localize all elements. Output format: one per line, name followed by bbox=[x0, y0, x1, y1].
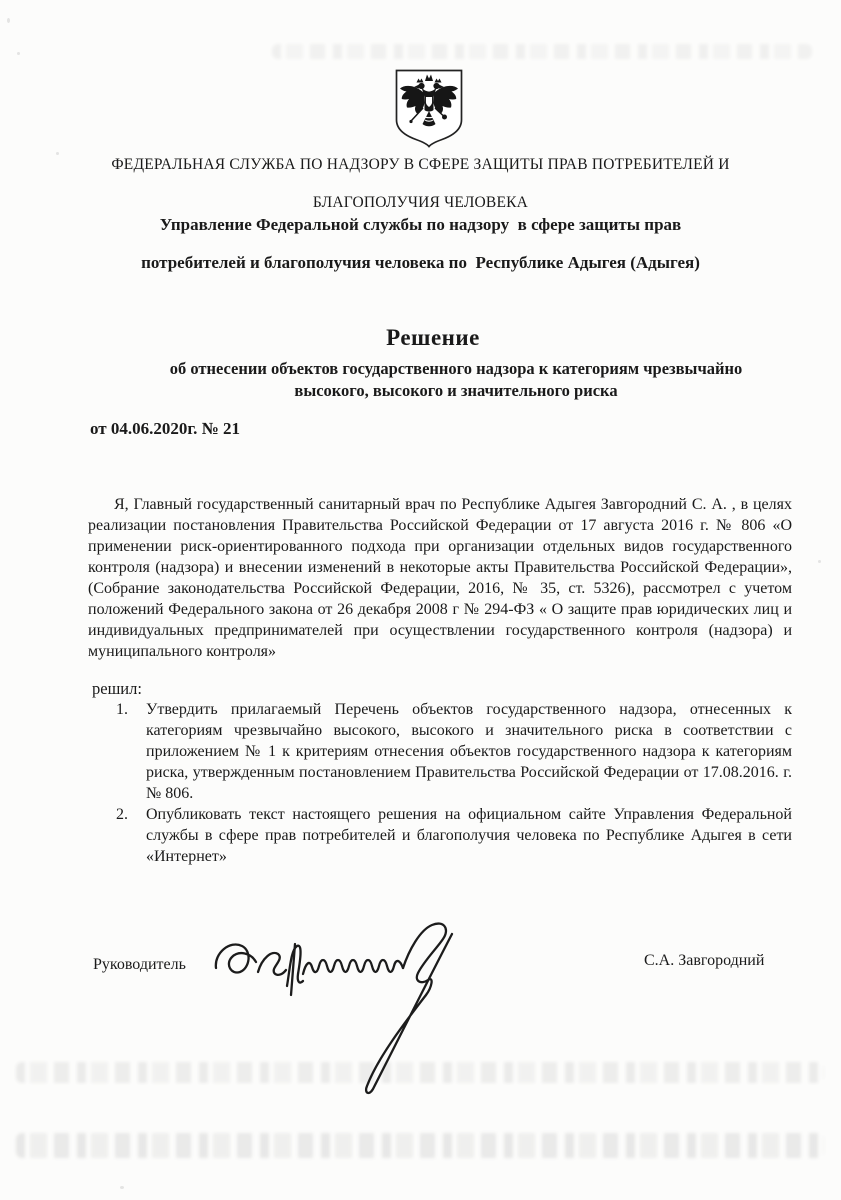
body-paragraph: Я, Главный государственный санитарный вр… bbox=[88, 494, 792, 662]
handwritten-signature-image bbox=[205, 890, 470, 1105]
list-item: 1. Утвердить прилагаемый Перечень объект… bbox=[90, 699, 792, 804]
signer-name: С.А. Завгородний bbox=[644, 952, 764, 970]
document-subtitle: об отнесении объектов государственного н… bbox=[96, 358, 816, 402]
agency-name-line2: БЛАГОПОЛУЧИЯ ЧЕЛОВЕКА bbox=[0, 194, 841, 212]
scan-speck bbox=[56, 152, 59, 155]
list-item-number: 2. bbox=[116, 804, 128, 825]
list-item-text: Утвердить прилагаемый Перечень объектов … bbox=[146, 701, 792, 802]
list-item-text: Опубликовать текст настоящего решения на… bbox=[146, 806, 792, 865]
list-item-number: 1. bbox=[116, 699, 128, 720]
decision-word: решил: bbox=[92, 679, 142, 699]
scan-speck bbox=[120, 1186, 124, 1189]
scan-speck bbox=[7, 18, 10, 23]
agency-name-line1: ФЕДЕРАЛЬНАЯ СЛУЖБА ПО НАДЗОРУ В СФЕРЕ ЗА… bbox=[0, 156, 841, 174]
bleed-through-artifact bbox=[16, 1133, 824, 1158]
signer-role: Руководитель bbox=[93, 956, 186, 974]
scanned-document-page: ФЕДЕРАЛЬНАЯ СЛУЖБА ПО НАДЗОРУ В СФЕРЕ ЗА… bbox=[0, 0, 841, 1200]
date-and-number: от 04.06.2020г. № 21 bbox=[90, 419, 240, 439]
bleed-through-artifact bbox=[272, 44, 812, 59]
list-item: 2. Опубликовать текст настоящего решения… bbox=[90, 804, 792, 867]
department-name-line2: потребителей и благополучия человека по … bbox=[0, 253, 841, 273]
scan-speck bbox=[818, 560, 821, 563]
scan-speck bbox=[17, 52, 20, 55]
decision-list: 1. Утвердить прилагаемый Перечень объект… bbox=[90, 699, 792, 867]
document-title: Решение bbox=[30, 325, 836, 351]
coat-of-arms-icon bbox=[394, 68, 464, 149]
department-name-line1: Управление Федеральной службы по надзору… bbox=[0, 215, 841, 235]
